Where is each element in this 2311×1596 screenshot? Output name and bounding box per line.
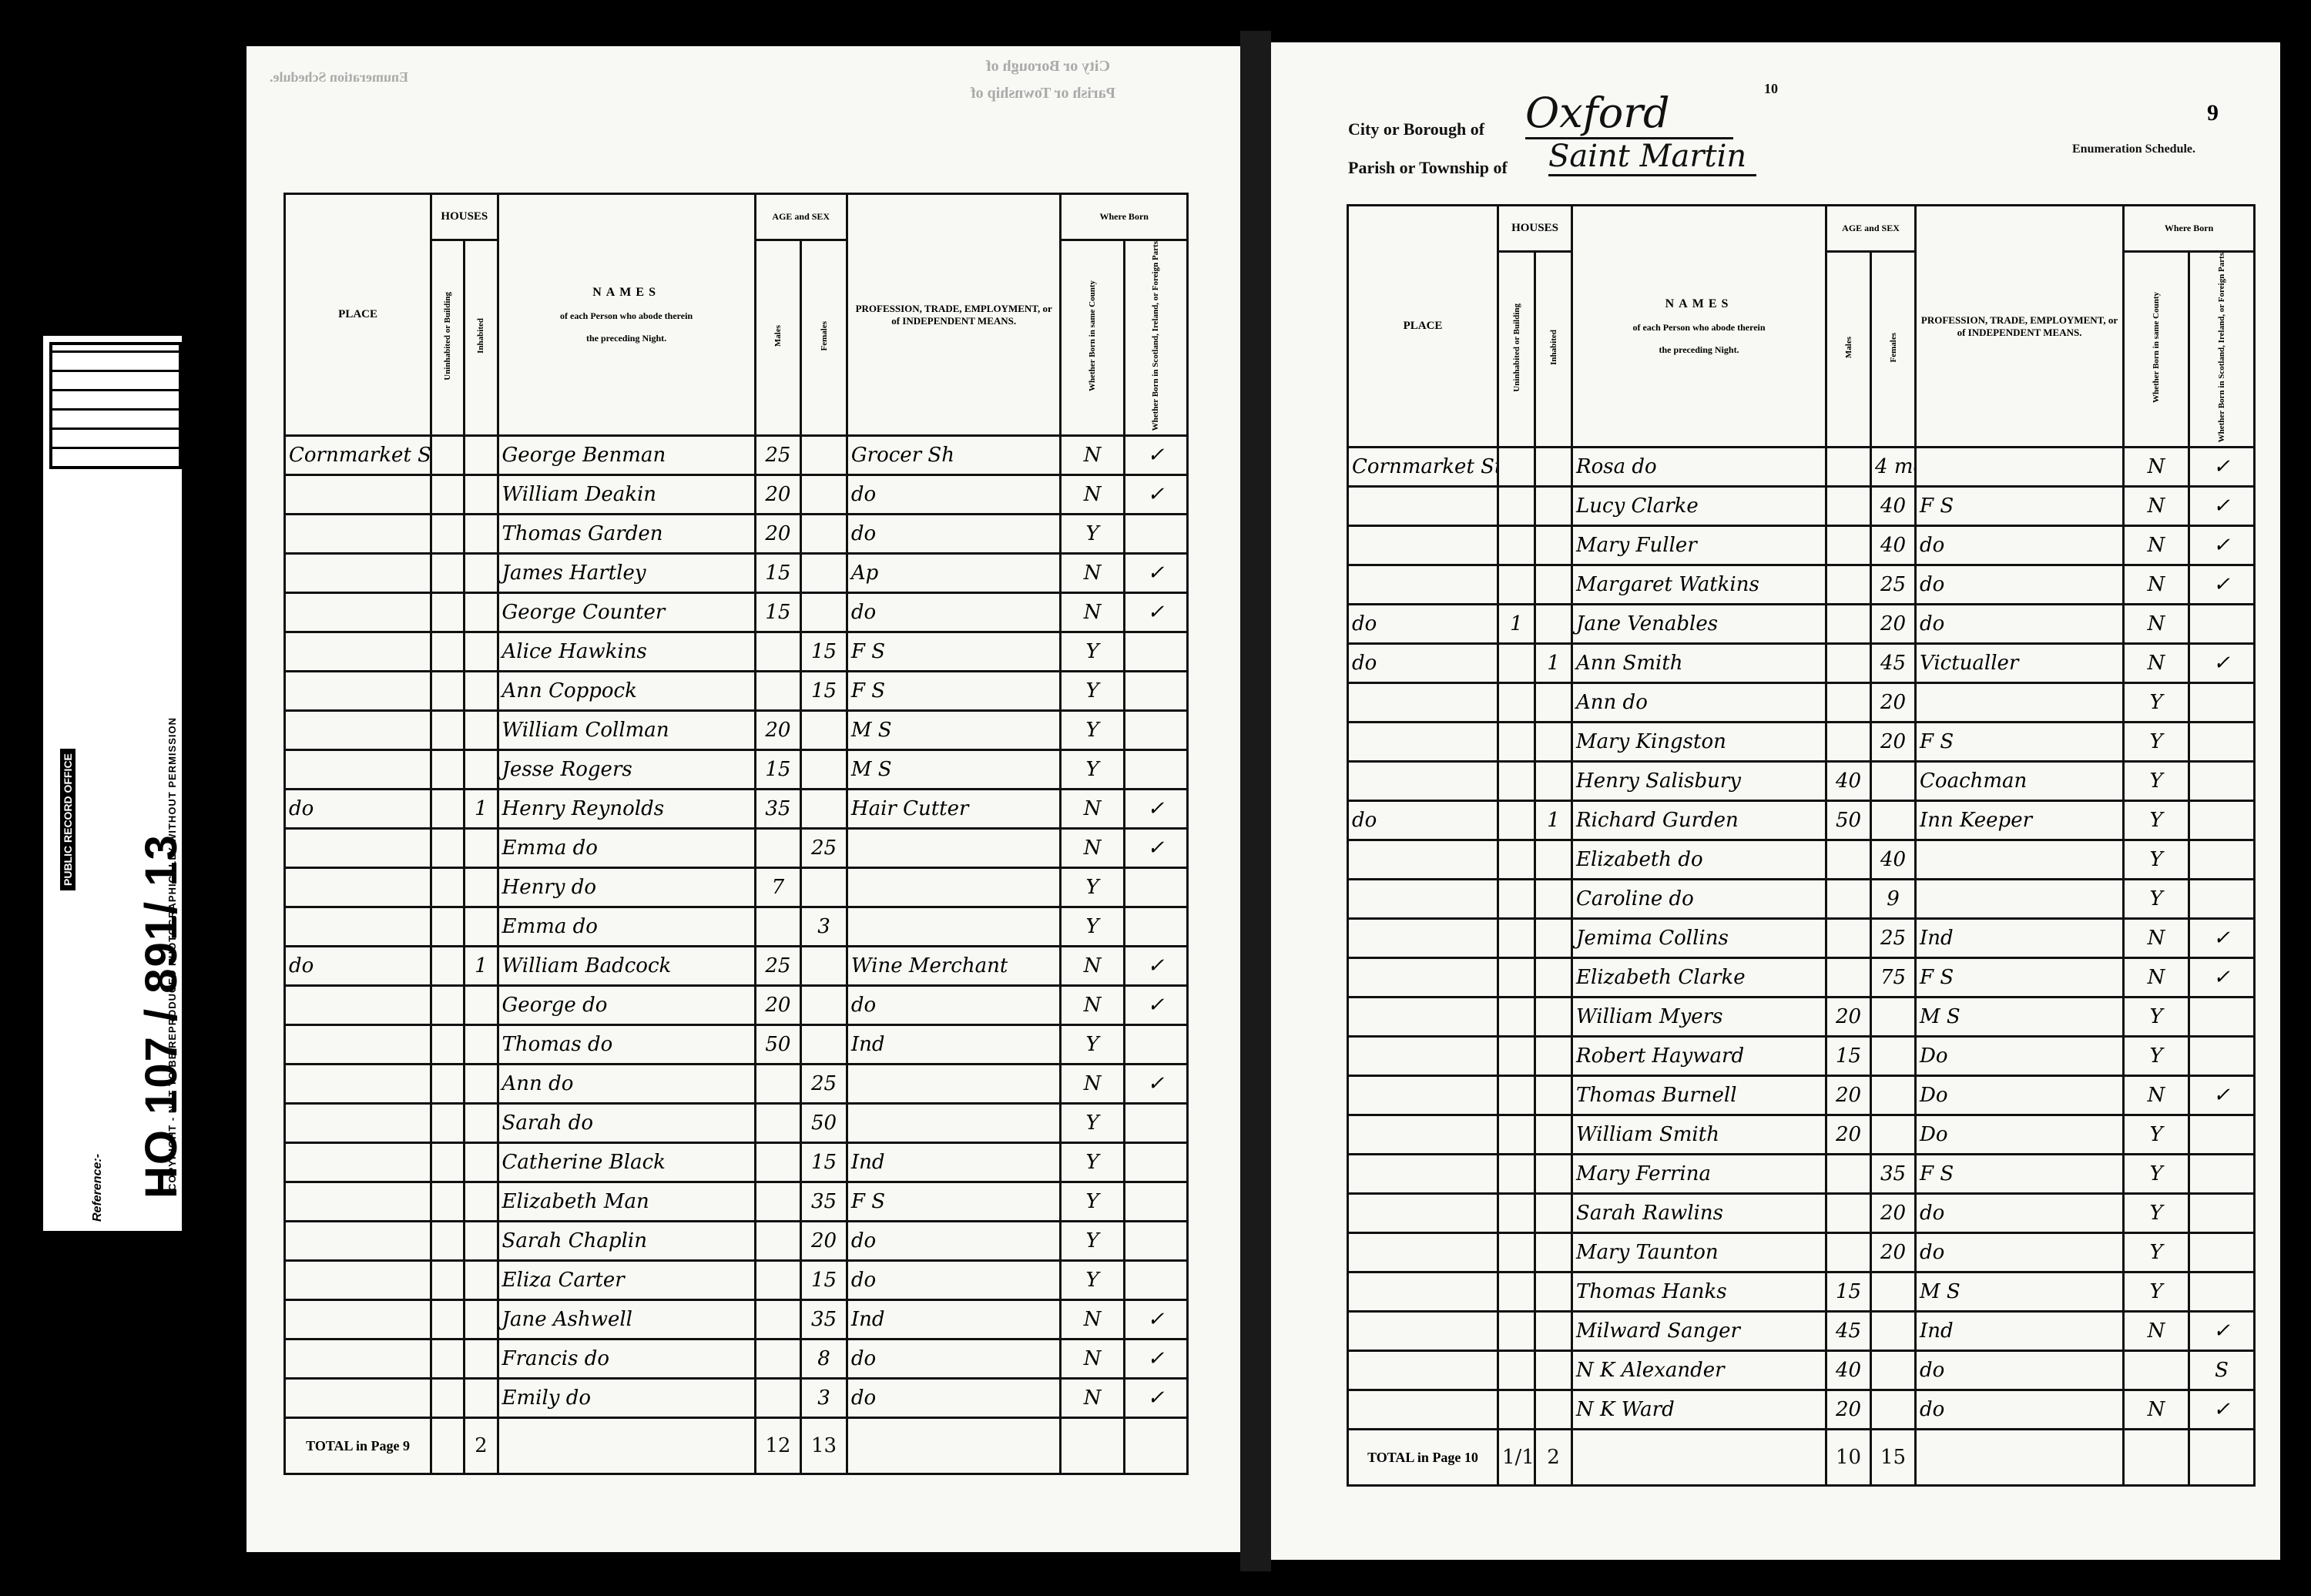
inhabited-cell	[465, 1025, 498, 1065]
born-foreign-cell: ✓	[1124, 593, 1187, 632]
name-cell: Mary Ferrina	[1572, 1155, 1826, 1194]
male-age-cell	[755, 1222, 801, 1261]
inhabited-cell	[1535, 1272, 1572, 1312]
place-cell	[1348, 1233, 1498, 1272]
female-age-cell	[1871, 1076, 1916, 1115]
total-inhabited: 2	[465, 1418, 498, 1474]
bleedthrough-parish: Parish or Township of	[971, 85, 1115, 102]
profession-cell: Ap	[847, 554, 1061, 593]
female-age-cell: 20	[1871, 1233, 1916, 1272]
male-age-cell: 20	[1826, 1115, 1871, 1155]
place-cell	[285, 750, 431, 790]
born-same-county-cell: N	[1061, 790, 1124, 829]
uninhabited-cell	[1498, 723, 1535, 762]
inhabited-cell	[1535, 526, 1572, 565]
female-age-cell	[1871, 1351, 1916, 1390]
col-same-county: Whether Born in same County	[1061, 240, 1124, 436]
total-females: 13	[801, 1418, 847, 1474]
uninhabited-cell	[431, 1379, 465, 1418]
inhabited-cell	[465, 1182, 498, 1222]
born-same-county-cell: N	[1061, 436, 1124, 475]
inhabited-cell	[465, 868, 498, 907]
born-foreign-cell: ✓	[1124, 947, 1187, 986]
name-cell: N K Ward	[1572, 1390, 1826, 1430]
male-age-cell: 7	[755, 868, 801, 907]
born-same-county-cell: N	[2124, 605, 2189, 644]
born-foreign-cell	[2189, 1194, 2255, 1233]
place-cell	[1348, 880, 1498, 919]
profession-cell: Ind	[1916, 1312, 2124, 1351]
uninhabited-cell	[431, 1300, 465, 1339]
male-age-cell	[1826, 840, 1871, 880]
born-same-county-cell: N	[2124, 487, 2189, 526]
female-age-cell	[801, 554, 847, 593]
female-age-cell: 9	[1871, 880, 1916, 919]
bleedthrough-schedule: Enumeration Schedule.	[270, 69, 408, 85]
inhabited-cell	[1535, 1312, 1572, 1351]
place-cell	[285, 1182, 431, 1222]
col-where-born: Where Born	[1061, 194, 1188, 240]
name-cell: Mary Kingston	[1572, 723, 1826, 762]
born-foreign-cell: ✓	[1124, 790, 1187, 829]
born-foreign-cell	[2189, 683, 2255, 723]
place-cell	[285, 632, 431, 672]
place-cell	[1348, 1272, 1498, 1312]
col-inhabited: Inhabited	[1535, 252, 1572, 448]
profession-cell: do	[847, 1339, 1061, 1379]
profession-cell: Ind	[847, 1300, 1061, 1339]
name-cell: Elizabeth Man	[498, 1182, 755, 1222]
col-age-sex: AGE and SEX	[1826, 206, 1916, 252]
inhabited-cell: 1	[1535, 801, 1572, 840]
profession-cell: do	[847, 986, 1061, 1025]
inhabited-cell	[1535, 1115, 1572, 1155]
born-foreign-cell	[1124, 711, 1187, 750]
born-same-county-cell: Y	[2124, 1233, 2189, 1272]
born-foreign-cell: ✓	[2189, 919, 2255, 958]
profession-cell	[847, 1104, 1061, 1143]
archive-reference-tag: PUBLIC RECORD OFFICE Reference:- HO 107 …	[40, 333, 185, 1234]
born-same-county-cell: Y	[2124, 880, 2189, 919]
female-age-cell: 20	[1871, 723, 1916, 762]
born-foreign-cell: ✓	[1124, 986, 1187, 1025]
reference-number: HO 107 / 891/ 13	[136, 833, 187, 1199]
inhabited-cell	[1535, 1351, 1572, 1390]
table-row: Mary Taunton20doY	[1348, 1233, 2255, 1272]
profession-cell	[847, 829, 1061, 868]
table-row: do1Jane Venables20doN	[1348, 605, 2255, 644]
table-row: Cornmarket StRosa do4 moN✓	[1348, 448, 2255, 487]
born-same-county-cell: Y	[2124, 1115, 2189, 1155]
name-cell: Catherine Black	[498, 1143, 755, 1182]
born-foreign-cell: ✓	[1124, 1300, 1187, 1339]
uninhabited-cell	[431, 554, 465, 593]
table-row: Emily do3doN✓	[285, 1379, 1188, 1418]
inhabited-cell	[465, 711, 498, 750]
book-spine	[1240, 31, 1271, 1571]
name-cell: Jemima Collins	[1572, 919, 1826, 958]
profession-cell: do	[847, 593, 1061, 632]
uninhabited-cell	[1498, 997, 1535, 1037]
born-same-county-cell: N	[2124, 1076, 2189, 1115]
uninhabited-cell	[1498, 487, 1535, 526]
born-same-county-cell: Y	[1061, 1143, 1124, 1182]
male-age-cell: 20	[755, 986, 801, 1025]
table-row: Catherine Black15IndY	[285, 1143, 1188, 1182]
total-row: TOTAL in Page 9 2 12 13	[285, 1418, 1188, 1474]
born-foreign-cell	[1124, 750, 1187, 790]
place-cell	[1348, 958, 1498, 997]
uninhabited-cell	[1498, 683, 1535, 723]
female-age-cell	[801, 947, 847, 986]
born-foreign-cell	[1124, 1104, 1187, 1143]
profession-cell: do	[847, 1379, 1061, 1418]
place-cell	[1348, 840, 1498, 880]
uninhabited-cell	[431, 1104, 465, 1143]
table-row: Thomas Hanks15M SY	[1348, 1272, 2255, 1312]
male-age-cell: 45	[1826, 1312, 1871, 1351]
profession-cell: do	[1916, 526, 2124, 565]
inhabited-cell	[1535, 1155, 1572, 1194]
place-cell	[285, 711, 431, 750]
female-age-cell: 40	[1871, 526, 1916, 565]
born-foreign-cell: ✓	[2189, 526, 2255, 565]
col-place: PLACE	[1348, 206, 1498, 448]
born-same-county-cell: N	[2124, 526, 2189, 565]
female-age-cell: 3	[801, 907, 847, 947]
profession-cell: F S	[847, 672, 1061, 711]
table-row: Margaret Watkins25doN✓	[1348, 565, 2255, 605]
place-cell	[285, 868, 431, 907]
profession-cell: do	[847, 1222, 1061, 1261]
col-profession: PROFESSION, TRADE, EMPLOYMENT, or of IND…	[847, 194, 1061, 436]
profession-cell: Do	[1916, 1115, 2124, 1155]
total-row: TOTAL in Page 10 1/11 2 10 15	[1348, 1430, 2255, 1486]
place-cell	[285, 1143, 431, 1182]
total-males: 12	[755, 1418, 801, 1474]
inhabited-cell	[465, 829, 498, 868]
place-cell	[1348, 1076, 1498, 1115]
male-age-cell: 20	[1826, 1390, 1871, 1430]
col-age-sex: AGE and SEX	[755, 194, 847, 240]
born-foreign-cell	[2189, 605, 2255, 644]
born-same-county-cell: N	[1061, 554, 1124, 593]
born-foreign-cell	[1124, 1143, 1187, 1182]
table-row: Emma do25N✓	[285, 829, 1188, 868]
name-cell: N K Alexander	[1572, 1351, 1826, 1390]
profession-cell: Grocer Sh	[847, 436, 1061, 475]
male-age-cell	[1826, 1233, 1871, 1272]
profession-cell	[847, 907, 1061, 947]
inhabited-cell	[465, 907, 498, 947]
female-age-cell: 20	[801, 1222, 847, 1261]
female-age-cell: 50	[801, 1104, 847, 1143]
born-foreign-cell: ✓	[1124, 436, 1187, 475]
male-age-cell: 25	[755, 947, 801, 986]
table-row: Jemima Collins25IndN✓	[1348, 919, 2255, 958]
male-age-cell	[1826, 880, 1871, 919]
female-age-cell	[1871, 1115, 1916, 1155]
uninhabited-cell	[1498, 840, 1535, 880]
inhabited-cell	[465, 1339, 498, 1379]
table-row: Ann Coppock15F SY	[285, 672, 1188, 711]
female-age-cell: 35	[801, 1300, 847, 1339]
born-same-county-cell: N	[1061, 1300, 1124, 1339]
profession-cell: Ind	[847, 1025, 1061, 1065]
place-cell	[285, 986, 431, 1025]
female-age-cell	[801, 711, 847, 750]
born-foreign-cell	[2189, 1233, 2255, 1272]
place-cell	[1348, 1351, 1498, 1390]
born-foreign-cell: ✓	[1124, 1065, 1187, 1104]
male-age-cell	[755, 672, 801, 711]
born-same-county-cell: Y	[1061, 515, 1124, 554]
table-row: Thomas Garden20doY	[285, 515, 1188, 554]
profession-cell: Do	[1916, 1076, 2124, 1115]
name-cell: Emma do	[498, 907, 755, 947]
inhabited-cell	[1535, 683, 1572, 723]
place-cell	[285, 829, 431, 868]
col-foreign: Whether Born in Scotland, Ireland, or Fo…	[1124, 240, 1187, 436]
male-age-cell: 50	[755, 1025, 801, 1065]
place-cell	[285, 475, 431, 515]
reference-label: Reference:-	[91, 1154, 105, 1222]
names-sub1: of each Person who abode therein	[1576, 322, 1822, 334]
profession-cell	[847, 868, 1061, 907]
table-row: Ann do20Y	[1348, 683, 2255, 723]
table-row: Elizabeth Clarke75F SN✓	[1348, 958, 2255, 997]
male-age-cell	[755, 1261, 801, 1300]
female-age-cell: 25	[1871, 919, 1916, 958]
born-foreign-cell	[2189, 1155, 2255, 1194]
male-age-cell	[1826, 683, 1871, 723]
name-cell: Elizabeth Clarke	[1572, 958, 1826, 997]
total-uninhabited: 1/11	[1498, 1430, 1535, 1486]
profession-cell: F S	[1916, 487, 2124, 526]
place-cell	[285, 515, 431, 554]
name-cell: William Badcock	[498, 947, 755, 986]
born-same-county-cell	[2124, 1351, 2189, 1390]
male-age-cell	[1826, 1194, 1871, 1233]
uninhabited-cell	[1498, 1076, 1535, 1115]
born-foreign-cell: ✓	[1124, 475, 1187, 515]
uninhabited-cell	[1498, 448, 1535, 487]
male-age-cell: 40	[1826, 762, 1871, 801]
profession-cell	[1916, 448, 2124, 487]
place-cell	[1348, 723, 1498, 762]
male-age-cell	[755, 907, 801, 947]
table-row: N K Ward20doN✓	[1348, 1390, 2255, 1430]
name-cell: Emma do	[498, 829, 755, 868]
male-age-cell: 15	[1826, 1037, 1871, 1076]
col-houses: HOUSES	[1498, 206, 1572, 252]
place-cell	[1348, 1037, 1498, 1076]
born-foreign-cell: ✓	[2189, 448, 2255, 487]
col-names: NAMESof each Person who abode thereinthe…	[1572, 206, 1826, 448]
male-age-cell	[1826, 919, 1871, 958]
female-age-cell	[801, 475, 847, 515]
inhabited-cell	[1535, 487, 1572, 526]
place-cell: do	[1348, 605, 1498, 644]
place-cell	[1348, 1155, 1498, 1194]
place-cell	[1348, 762, 1498, 801]
uninhabited-cell	[431, 1261, 465, 1300]
born-same-county-cell: N	[1061, 829, 1124, 868]
female-age-cell: 8	[801, 1339, 847, 1379]
profession-cell: M S	[847, 711, 1061, 750]
uninhabited-cell	[1498, 1115, 1535, 1155]
table-row: Jesse Rogers15M SY	[285, 750, 1188, 790]
table-row: Henry do7Y	[285, 868, 1188, 907]
folio-number: 9	[2207, 100, 2219, 126]
profession-cell: Ind	[1916, 919, 2124, 958]
born-same-county-cell: Y	[1061, 1182, 1124, 1222]
names-sub2: the preceding Night.	[1576, 344, 1822, 356]
name-cell: Thomas do	[498, 1025, 755, 1065]
name-cell: Thomas Garden	[498, 515, 755, 554]
inhabited-cell: 1	[465, 947, 498, 986]
uninhabited-cell	[1498, 958, 1535, 997]
place-cell	[285, 1222, 431, 1261]
born-foreign-cell	[2189, 1272, 2255, 1312]
profession-cell: Do	[1916, 1037, 2124, 1076]
male-age-cell: 20	[1826, 1076, 1871, 1115]
name-cell: Henry Reynolds	[498, 790, 755, 829]
table-row: George Counter15doN✓	[285, 593, 1188, 632]
profession-cell: Coachman	[1916, 762, 2124, 801]
inhabited-cell	[1535, 762, 1572, 801]
place-cell	[285, 1025, 431, 1065]
born-same-county-cell: N	[1061, 947, 1124, 986]
name-cell: Henry do	[498, 868, 755, 907]
inhabited-cell	[1535, 1037, 1572, 1076]
table-row: Robert Hayward15DoY	[1348, 1037, 2255, 1076]
name-cell: Thomas Burnell	[1572, 1076, 1826, 1115]
place-cell	[1348, 1312, 1498, 1351]
uninhabited-cell	[431, 947, 465, 986]
uninhabited-cell	[431, 868, 465, 907]
total-females: 15	[1871, 1430, 1916, 1486]
census-table-right: PLACE HOUSES NAMESof each Person who abo…	[1347, 204, 2256, 1487]
table-row: Sarah Rawlins20doY	[1348, 1194, 2255, 1233]
name-cell: Emily do	[498, 1379, 755, 1418]
born-same-county-cell: Y	[1061, 672, 1124, 711]
male-age-cell	[1826, 723, 1871, 762]
table-row: Elizabeth do40Y	[1348, 840, 2255, 880]
uninhabited-cell	[1498, 526, 1535, 565]
female-age-cell	[801, 986, 847, 1025]
profession-cell	[847, 1065, 1061, 1104]
male-age-cell: 40	[1826, 1351, 1871, 1390]
parish-label: Parish or Township of	[1348, 158, 1508, 178]
born-foreign-cell: ✓	[2189, 644, 2255, 683]
inhabited-cell	[465, 1065, 498, 1104]
uninhabited-cell	[431, 672, 465, 711]
name-cell: Lucy Clarke	[1572, 487, 1826, 526]
profession-cell: M S	[1916, 1272, 2124, 1312]
born-same-county-cell: Y	[2124, 1194, 2189, 1233]
inhabited-cell	[1535, 1194, 1572, 1233]
female-age-cell: 25	[801, 829, 847, 868]
born-same-county-cell: Y	[1061, 1261, 1124, 1300]
born-foreign-cell: ✓	[2189, 1312, 2255, 1351]
inhabited-cell	[1535, 448, 1572, 487]
born-foreign-cell: ✓	[1124, 829, 1187, 868]
inhabited-cell	[465, 1300, 498, 1339]
born-same-county-cell: Y	[1061, 1104, 1124, 1143]
born-same-county-cell: Y	[2124, 1155, 2189, 1194]
inhabited-cell	[465, 632, 498, 672]
place-cell: do	[285, 947, 431, 986]
uninhabited-cell	[1498, 565, 1535, 605]
female-age-cell	[801, 436, 847, 475]
female-age-cell	[801, 750, 847, 790]
name-cell: Caroline do	[1572, 880, 1826, 919]
profession-cell: do	[1916, 1233, 2124, 1272]
born-same-county-cell: N	[1061, 1379, 1124, 1418]
female-age-cell: 15	[801, 1143, 847, 1182]
folio-small: 10	[1764, 81, 1778, 97]
parish-value: Saint Martin	[1548, 139, 1756, 176]
female-age-cell: 45	[1871, 644, 1916, 683]
uninhabited-cell	[1498, 1272, 1535, 1312]
place-cell	[285, 554, 431, 593]
uninhabited-cell	[431, 790, 465, 829]
name-cell: Ann do	[1572, 683, 1826, 723]
name-cell: Milward Sanger	[1572, 1312, 1826, 1351]
female-age-cell: 35	[1871, 1155, 1916, 1194]
table-row: George do20doN✓	[285, 986, 1188, 1025]
female-age-cell	[1871, 997, 1916, 1037]
born-foreign-cell: ✓	[2189, 565, 2255, 605]
uninhabited-cell	[431, 1222, 465, 1261]
name-cell: Henry Salisbury	[1572, 762, 1826, 801]
place-cell	[1348, 919, 1498, 958]
male-age-cell: 15	[755, 554, 801, 593]
female-age-cell: 35	[801, 1182, 847, 1222]
name-cell: Jesse Rogers	[498, 750, 755, 790]
born-foreign-cell	[2189, 880, 2255, 919]
inhabited-cell	[1535, 1233, 1572, 1272]
col-names: NAMESof each Person who abode thereinthe…	[498, 194, 755, 436]
name-cell: George Counter	[498, 593, 755, 632]
col-male: Males	[755, 240, 801, 436]
table-row: William Myers20M SY	[1348, 997, 2255, 1037]
uninhabited-cell	[431, 986, 465, 1025]
born-foreign-cell	[1124, 672, 1187, 711]
table-row: Mary Ferrina35F SY	[1348, 1155, 2255, 1194]
table-row: William Smith20DoY	[1348, 1115, 2255, 1155]
born-same-county-cell: Y	[2124, 723, 2189, 762]
col-place: PLACE	[285, 194, 431, 436]
male-age-cell: 20	[1826, 997, 1871, 1037]
born-same-county-cell: Y	[1061, 632, 1124, 672]
names-title: NAMES	[502, 286, 751, 300]
place-cell	[285, 1379, 431, 1418]
inhabited-cell	[1535, 958, 1572, 997]
inhabited-cell	[465, 593, 498, 632]
female-age-cell	[801, 1025, 847, 1065]
born-same-county-cell: N	[2124, 1390, 2189, 1430]
uninhabited-cell	[431, 475, 465, 515]
born-same-county-cell: N	[2124, 958, 2189, 997]
place-cell: do	[285, 790, 431, 829]
table-row: Elizabeth Man35F SY	[285, 1182, 1188, 1222]
uninhabited-cell	[1498, 1312, 1535, 1351]
born-foreign-cell	[2189, 1115, 2255, 1155]
profession-cell: M S	[1916, 997, 2124, 1037]
name-cell: William Collman	[498, 711, 755, 750]
